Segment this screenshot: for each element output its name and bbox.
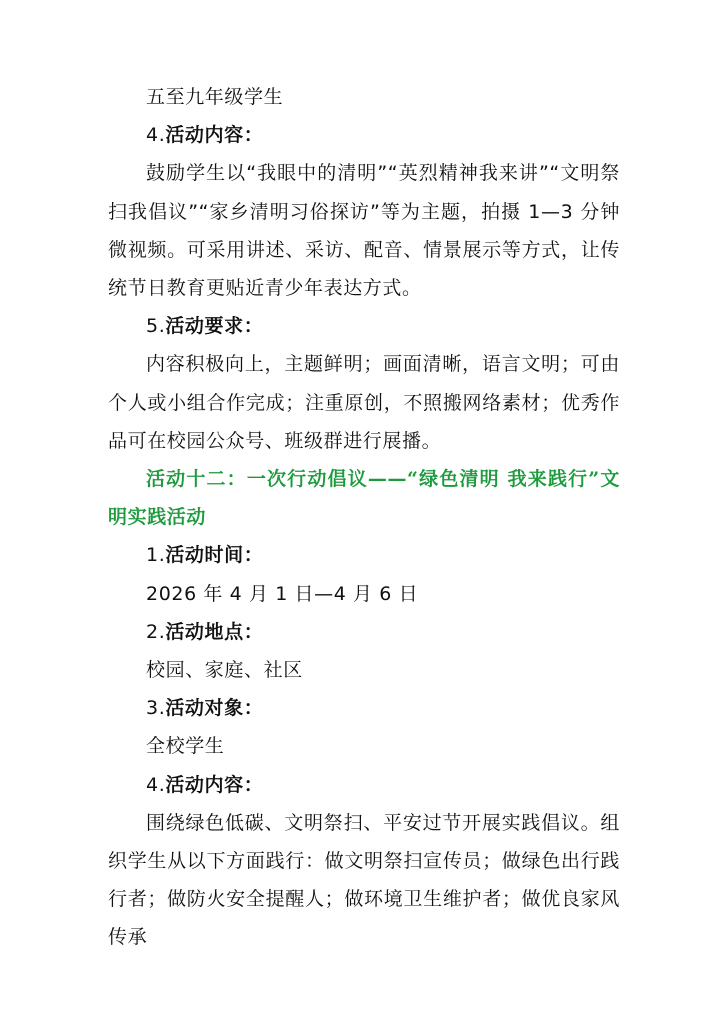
heading-activity-requirements: 5.活动要求：: [108, 307, 620, 345]
activity-content-paragraph-2: 围绕绿色低碳、文明祭扫、平安过节开展实践倡议。组织学生从以下方面践行：做文明祭扫…: [108, 804, 620, 957]
heading-activity-content-2: 4.活动内容：: [108, 766, 620, 804]
heading-activity-content: 4.活动内容：: [108, 116, 620, 154]
document-body: 五至九年级学生 4.活动内容： 鼓励学生以“我眼中的清明”“英烈精神我来讲”“文…: [108, 78, 620, 957]
heading-activity-time: 1.活动时间：: [108, 536, 620, 574]
activity-target-value: 全校学生: [108, 727, 620, 765]
target-audience-text: 五至九年级学生: [108, 78, 620, 116]
activity-location-value: 校园、家庭、社区: [108, 651, 620, 689]
activity-time-value: 2026 年 4 月 1 日—4 月 6 日: [108, 575, 620, 613]
section-title-activity-12: 活动十二：一次行动倡议——“绿色清明 我来践行”文明实践活动: [108, 460, 620, 536]
heading-activity-location: 2.活动地点：: [108, 613, 620, 651]
heading-activity-target: 3.活动对象：: [108, 689, 620, 727]
activity-requirements-paragraph: 内容积极向上，主题鲜明；画面清晰，语言文明；可由个人或小组合作完成；注重原创，不…: [108, 345, 620, 460]
document-page: 五至九年级学生 4.活动内容： 鼓励学生以“我眼中的清明”“英烈精神我来讲”“文…: [0, 0, 724, 1024]
activity-content-paragraph: 鼓励学生以“我眼中的清明”“英烈精神我来讲”“文明祭扫我倡议”“家乡清明习俗探访…: [108, 154, 620, 307]
